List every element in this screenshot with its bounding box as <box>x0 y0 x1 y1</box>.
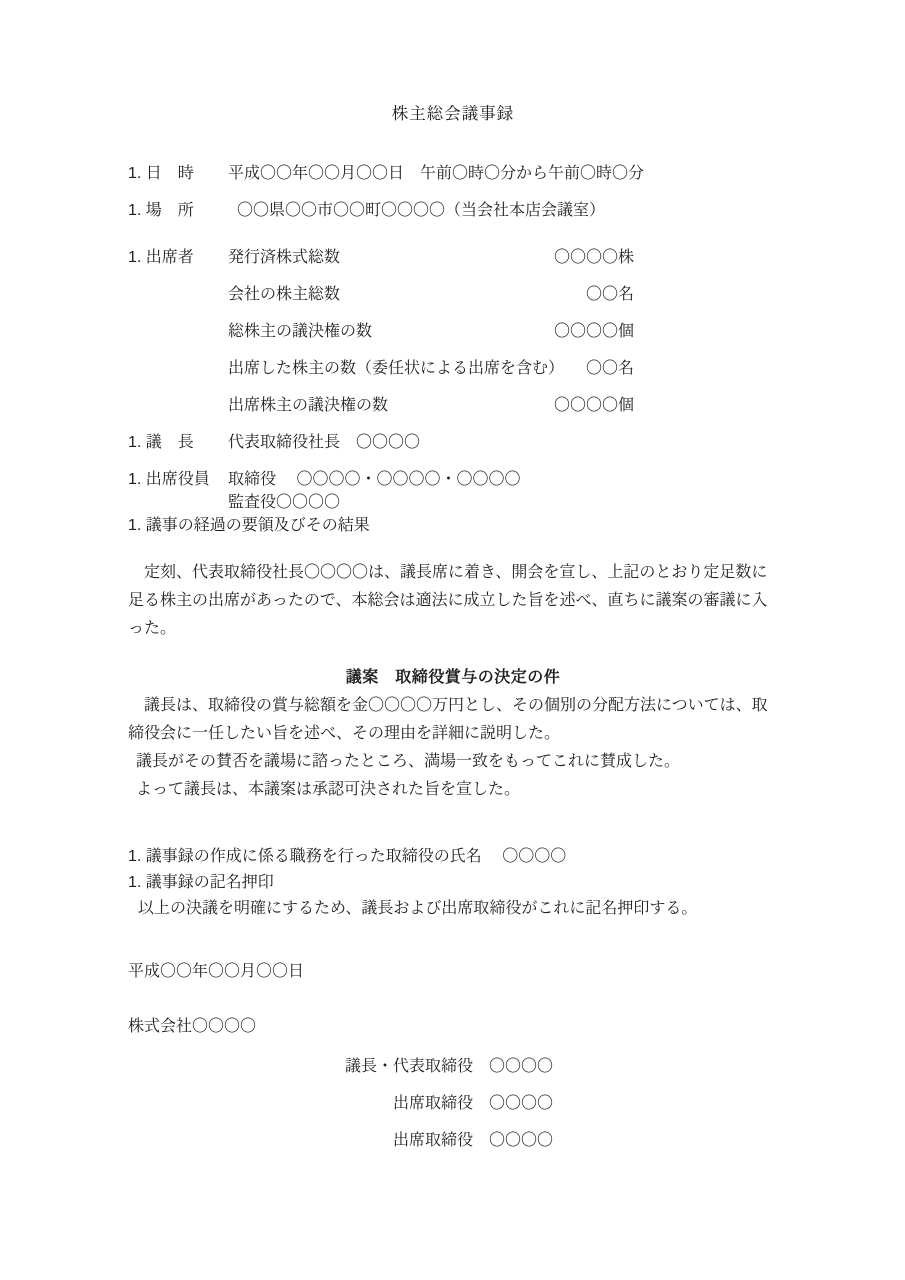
seal-text-line: 以上の決議を明確にするため、議長および出席取締役がこれに記名押印する。 <box>128 896 778 922</box>
attendee-stat-row: 発行済株式総数 〇〇〇〇株 <box>228 239 634 276</box>
agenda-heading: 議案 取締役賞与の決定の件 <box>128 664 778 692</box>
recorder-line: 1. 議事録の作成に係る職務を行った取締役の氏名 〇〇〇〇 <box>128 844 778 870</box>
signature-director-2: 出席取締役 〇〇〇〇 <box>128 1122 553 1159</box>
attendee-stat-row: 会社の株主総数 〇〇名 <box>228 276 634 313</box>
document-page: 株主総会議事録 1. 日 時 平成〇〇年〇〇月〇〇日 午前〇時〇分から午前〇時〇… <box>0 0 905 1280</box>
officers-values: 取締役 〇〇〇〇・〇〇〇〇・〇〇〇〇 監査役〇〇〇〇 <box>228 468 520 514</box>
stat-value: 〇〇〇〇株 <box>554 239 634 276</box>
stat-label: 出席株主の議決権の数 <box>228 387 388 424</box>
officers-label: 1. 出席役員 <box>128 468 228 514</box>
chairman-label: 1. 議 長 <box>128 424 228 461</box>
datetime-row: 1. 日 時 平成〇〇年〇〇月〇〇日 午前〇時〇分から午前〇時〇分 <box>128 155 778 192</box>
proceedings-heading: 1. 議事の経過の要領及びその結果 <box>128 514 778 537</box>
signature-block: 議長・代表取締役 〇〇〇〇 出席取締役 〇〇〇〇 出席取締役 〇〇〇〇 <box>128 1048 553 1159</box>
stat-value: 〇〇〇〇個 <box>554 387 634 424</box>
attendees-label: 1. 出席者 <box>128 239 228 424</box>
chairman-value: 代表取締役社長 〇〇〇〇 <box>228 424 420 461</box>
document-content: 株主総会議事録 1. 日 時 平成〇〇年〇〇月〇〇日 午前〇時〇分から午前〇時〇… <box>128 103 778 1159</box>
officers-auditor: 監査役〇〇〇〇 <box>228 491 520 514</box>
stat-label: 総株主の議決権の数 <box>228 313 372 350</box>
datetime-value: 平成〇〇年〇〇月〇〇日 午前〇時〇分から午前〇時〇分 <box>228 155 644 192</box>
stat-value: 〇〇名 <box>586 350 634 387</box>
attendees-table: 発行済株式総数 〇〇〇〇株 会社の株主総数 〇〇名 総株主の議決権の数 〇〇〇〇… <box>228 239 634 424</box>
stat-label: 発行済株式総数 <box>228 239 340 276</box>
datetime-label: 1. 日 時 <box>128 155 228 192</box>
agenda-result-line: よって議長は、本議案は承認可決された旨を宣した。 <box>128 776 778 804</box>
agenda-body-paragraph: 議長は、取締役の賞与総額を金〇〇〇〇万円とし、その個別の分配方法については、取締… <box>128 692 778 748</box>
document-date: 平成〇〇年〇〇月〇〇日 <box>128 958 778 985</box>
seal-label-line: 1. 議事録の記名押印 <box>128 870 778 896</box>
signature-director-1: 出席取締役 〇〇〇〇 <box>128 1085 553 1122</box>
place-label: 1. 場 所 <box>128 192 228 229</box>
company-name: 株式会社〇〇〇〇 <box>128 1013 778 1040</box>
officers-directors: 取締役 〇〇〇〇・〇〇〇〇・〇〇〇〇 <box>228 468 520 491</box>
stat-value: 〇〇名 <box>586 276 634 313</box>
document-title: 株主総会議事録 <box>128 103 778 125</box>
attendee-stat-row: 出席した株主の数（委任状による出席を含む） 〇〇名 <box>228 350 634 387</box>
attendees-row: 1. 出席者 発行済株式総数 〇〇〇〇株 会社の株主総数 〇〇名 総株主の議決権… <box>128 239 778 424</box>
officers-row: 1. 出席役員 取締役 〇〇〇〇・〇〇〇〇・〇〇〇〇 監査役〇〇〇〇 <box>128 468 778 514</box>
stat-label: 会社の株主総数 <box>228 276 340 313</box>
opening-paragraph: 定刻、代表取締役社長〇〇〇〇は、議長席に着き、開会を宣し、上記のとおり定足数に足… <box>128 559 778 643</box>
place-row: 1. 場 所 〇〇県〇〇市〇〇町〇〇〇〇（当会社本店会議室） <box>128 192 778 229</box>
signature-chairman: 議長・代表取締役 〇〇〇〇 <box>128 1048 553 1085</box>
attendee-stat-row: 総株主の議決権の数 〇〇〇〇個 <box>228 313 634 350</box>
stat-label: 出席した株主の数（委任状による出席を含む） <box>228 350 564 387</box>
record-block: 1. 議事録の作成に係る職務を行った取締役の氏名 〇〇〇〇 1. 議事録の記名押… <box>128 844 778 922</box>
place-value: 〇〇県〇〇市〇〇町〇〇〇〇（当会社本店会議室） <box>228 192 605 229</box>
agenda-vote-line: 議長がその賛否を議場に諮ったところ、満場一致をもってこれに賛成した。 <box>128 748 778 776</box>
stat-value: 〇〇〇〇個 <box>554 313 634 350</box>
attendee-stat-row: 出席株主の議決権の数 〇〇〇〇個 <box>228 387 634 424</box>
chairman-row: 1. 議 長 代表取締役社長 〇〇〇〇 <box>128 424 778 461</box>
